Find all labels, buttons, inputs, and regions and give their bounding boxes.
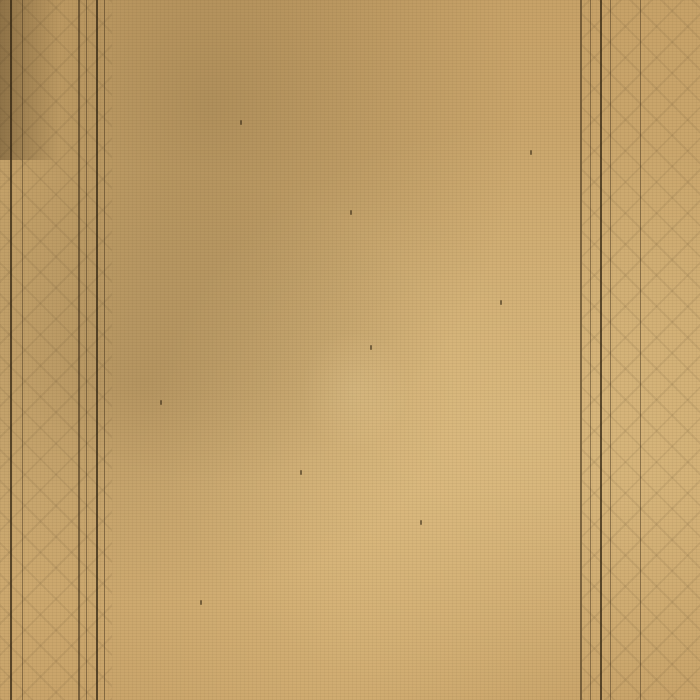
border-line: [86, 0, 87, 700]
border-line: [10, 0, 12, 700]
border-line: [610, 0, 611, 700]
wear-speck: [160, 400, 162, 405]
wear-speck: [500, 300, 502, 305]
wear-speck: [300, 470, 302, 475]
faded-medallion: [300, 330, 410, 450]
border-line: [22, 0, 23, 700]
wear-speck: [420, 520, 422, 525]
rug-photo: [0, 0, 700, 700]
border-line: [600, 0, 602, 700]
border-line: [104, 0, 105, 700]
wear-speck: [530, 150, 532, 155]
border-line: [640, 0, 641, 700]
border-line: [590, 0, 591, 700]
border-line: [96, 0, 98, 700]
wear-speck: [240, 120, 242, 125]
border-line: [580, 0, 582, 700]
worn-corner-shadow: [0, 0, 60, 160]
border-line: [78, 0, 80, 700]
wear-speck: [370, 345, 372, 350]
wear-speck: [350, 210, 352, 215]
wear-speck: [200, 600, 202, 605]
